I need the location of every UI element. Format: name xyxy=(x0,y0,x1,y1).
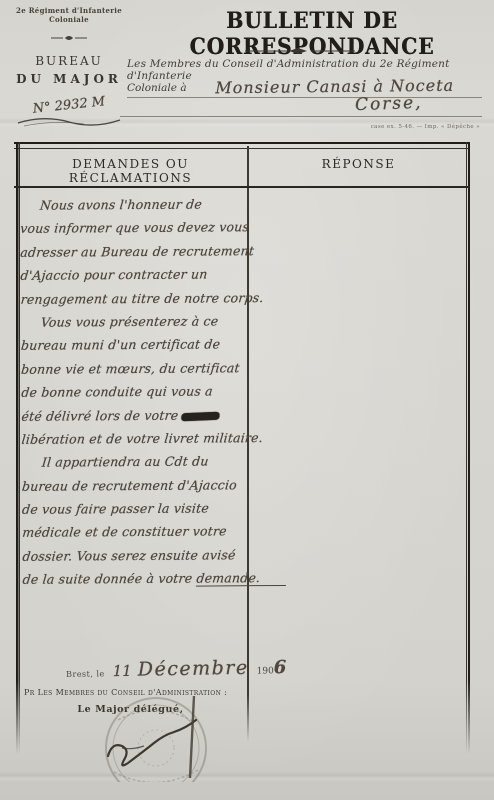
handwritten-line: d'Ajaccio pour contracter un xyxy=(19,266,247,291)
handwritten-line: libération et de votre livret militaire. xyxy=(20,430,248,455)
year-digit-handwritten: 6 xyxy=(274,657,287,678)
handwritten-text: bureau muni d'un certificat de xyxy=(20,337,221,353)
handwritten-line: été délivré lors de votre xyxy=(20,407,248,432)
handwritten-text: de la suite donnée à votre xyxy=(22,571,193,587)
stamp-and-signature xyxy=(78,690,238,786)
bureau-line2: DU MAJOR xyxy=(10,72,128,86)
correspondence-table: DEMANDES OU RÉCLAMATIONS RÉPONSE Nous av… xyxy=(14,142,470,782)
handwritten-line: de vous faire passer la visite xyxy=(21,500,249,525)
column-header-demandes: DEMANDES OU RÉCLAMATIONS xyxy=(14,157,247,185)
handwritten-text: de vous faire passer la visite xyxy=(21,501,209,517)
addressee-handwritten: Monsieur Canasi à Noceta xyxy=(187,75,483,97)
signature-icon xyxy=(108,720,196,765)
handwritten-text: bureau de recrutement d'Ajaccio xyxy=(21,477,237,494)
handwritten-line: adresser au Bureau de recrutement xyxy=(19,243,247,268)
handwritten-line: de la suite donnée à votre demande. xyxy=(21,570,249,595)
handwritten-text: rengagement au titre de notre corps. xyxy=(20,290,264,307)
handwritten-text: été délivré lors de votre xyxy=(21,407,179,423)
handwritten-text: vous informer que vous devez vous xyxy=(20,220,250,237)
ornament-divider-icon xyxy=(10,27,128,46)
handwritten-text: Il appartiendra au Cdt du xyxy=(41,454,209,470)
month-handwritten: Décembre xyxy=(138,657,249,681)
handwritten-line: Vous vous présenterez à ce xyxy=(19,313,247,338)
bureau-line1: BUREAU xyxy=(10,54,128,68)
handwritten-line: bureau de recrutement d'Ajaccio xyxy=(21,477,249,502)
header-underline xyxy=(14,186,470,188)
handwritten-text: dossier. Vous serez ensuite avisé xyxy=(22,547,237,563)
year-printed: 190 xyxy=(257,666,274,676)
handwritten-text: Nous avons l'honneur de xyxy=(39,197,202,213)
handwritten-letter: Nous avons l'honneur de vous informer qu… xyxy=(20,196,249,595)
redaction-mark xyxy=(181,411,220,421)
handwritten-line: Il appartiendra au Cdt du xyxy=(20,453,248,478)
handwritten-line: vous informer que vous devez vous xyxy=(19,220,247,245)
handwritten-text: d'Ajaccio pour contracter un xyxy=(20,267,208,283)
handwritten-line: rengagement au titre de notre corps. xyxy=(19,290,247,315)
day-handwritten: 11 xyxy=(113,662,132,680)
addressee-row: Coloniale à Monsieur Canasi à Noceta xyxy=(127,77,482,98)
printer-imprint: case ex. 5-46. — Imp. « Dépêche » xyxy=(371,124,480,130)
handwritten-text: bonne vie et mœurs, du certificat xyxy=(21,360,241,377)
handwritten-text: médicale et de constituer votre xyxy=(22,524,228,540)
handwritten-line: médicale et de constituer votre xyxy=(21,524,249,549)
handwritten-text: adresser au Bureau de recrutement xyxy=(20,243,255,260)
pen-stroke-icon xyxy=(190,696,194,778)
title-flourish-icon xyxy=(245,40,355,59)
column-header-reponse: RÉPONSE xyxy=(247,157,470,171)
handwritten-text: libération et de votre livret militaire. xyxy=(21,430,264,447)
date-line: Brest, le 11 Décembre 190 6 xyxy=(66,656,287,682)
table-border-right xyxy=(466,142,470,754)
handwritten-line: bureau muni d'un certificat de xyxy=(20,337,248,362)
handwritten-line: de bonne conduite qui vous a xyxy=(20,383,248,408)
underlined-word: demande. xyxy=(196,570,287,587)
table-border-top xyxy=(14,142,470,149)
handwritten-line: bonne vie et mœurs, du certificat xyxy=(20,360,248,385)
place-printed: Brest, le xyxy=(66,669,105,679)
handwritten-text: de bonne conduite qui vous a xyxy=(21,384,214,400)
form-rule xyxy=(120,116,482,117)
subtitle-line2: Coloniale à xyxy=(127,82,187,96)
region-handwritten: Corse, xyxy=(355,93,423,115)
regiment-name: 2e Régiment d'Infanterie Coloniale xyxy=(10,6,128,24)
handwritten-line: dossier. Vous serez ensuite avisé xyxy=(21,547,249,572)
handwritten-text: Vous vous présenterez à ce xyxy=(40,313,219,329)
document-page: 2e Régiment d'Infanterie Coloniale BUREA… xyxy=(0,0,494,800)
corner-block: 2e Régiment d'Infanterie Coloniale BUREA… xyxy=(10,6,128,133)
handwritten-line: Nous avons l'honneur de xyxy=(19,196,247,221)
